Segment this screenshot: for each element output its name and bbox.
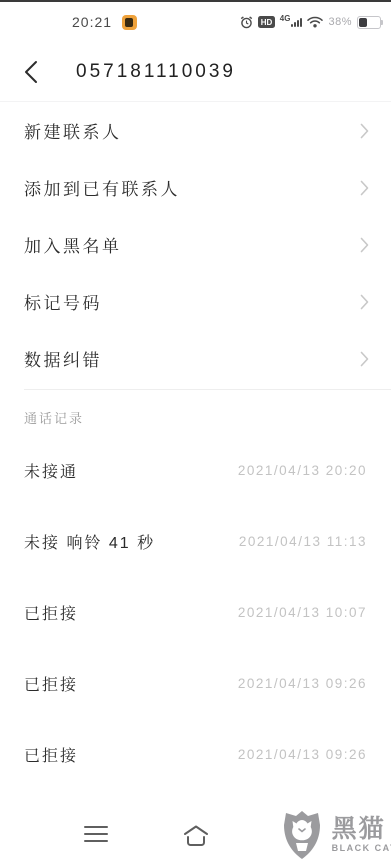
signal-bars-icon [291, 18, 302, 27]
wifi-icon [307, 16, 323, 28]
signal-strength-icon: 4G [280, 18, 303, 27]
home-button[interactable] [182, 825, 210, 852]
action-item-add-to-existing[interactable]: 添加到已有联系人 [0, 159, 391, 216]
call-status: 未接通 [24, 459, 78, 482]
call-status: 已拒接 [24, 672, 78, 695]
call-log-section: 通话记录 未接通 2021/04/13 20:20 未接 响铃 41 秒 202… [0, 390, 391, 790]
chevron-right-icon [360, 351, 369, 367]
phone-screen: 20:21 HD 4G 38% [0, 0, 391, 865]
action-list: 新建联系人 添加到已有联系人 加入黑名单 标记号码 数据纠错 [0, 102, 391, 387]
call-log-row[interactable]: 已拒接 2021/04/13 09:26 [0, 719, 391, 790]
chevron-right-icon [360, 237, 369, 253]
call-log-row[interactable]: 未接通 2021/04/13 20:20 [0, 435, 391, 506]
action-label: 新建联系人 [24, 118, 122, 143]
call-timestamp: 2021/04/13 09:26 [238, 676, 367, 691]
page-header: 057181110039 [0, 42, 391, 102]
back-chevron-icon [24, 60, 38, 84]
call-log-row[interactable]: 未接 响铃 41 秒 2021/04/13 11:13 [0, 506, 391, 577]
menu-button[interactable] [84, 825, 108, 848]
action-item-data-correction[interactable]: 数据纠错 [0, 330, 391, 387]
notification-app-icon [122, 15, 137, 30]
action-label: 标记号码 [24, 289, 102, 314]
call-timestamp: 2021/04/13 09:26 [238, 747, 367, 762]
home-icon [182, 825, 210, 847]
chevron-right-icon [360, 123, 369, 139]
action-label: 数据纠错 [24, 346, 102, 371]
hd-volte-icon: HD [258, 16, 275, 28]
call-status: 已拒接 [24, 601, 78, 624]
clock-time: 20:21 [72, 14, 112, 30]
action-item-blacklist[interactable]: 加入黑名单 [0, 216, 391, 273]
battery-icon [357, 16, 381, 29]
phone-number-title: 057181110039 [76, 61, 236, 83]
battery-fill [359, 18, 367, 27]
svg-text:HD: HD [261, 18, 273, 27]
network-type-label: 4G [280, 14, 291, 23]
action-item-mark-number[interactable]: 标记号码 [0, 273, 391, 330]
chevron-right-icon [360, 180, 369, 196]
call-log-section-title: 通话记录 [0, 390, 391, 435]
back-button[interactable] [24, 59, 50, 85]
bottom-nav-bar [0, 807, 391, 865]
chevron-right-icon [360, 294, 369, 310]
battery-percent-label: 38% [328, 16, 352, 28]
call-timestamp: 2021/04/13 10:07 [238, 605, 367, 620]
action-label: 加入黑名单 [24, 232, 122, 257]
call-timestamp: 2021/04/13 20:20 [238, 463, 367, 478]
call-log-row[interactable]: 已拒接 2021/04/13 09:26 [0, 648, 391, 719]
call-timestamp: 2021/04/13 11:13 [239, 534, 367, 549]
call-status: 未接 响铃 41 秒 [24, 530, 155, 553]
call-status: 已拒接 [24, 743, 78, 766]
call-log-row[interactable]: 已拒接 2021/04/13 10:07 [0, 577, 391, 648]
alarm-clock-icon [240, 16, 253, 29]
action-label: 添加到已有联系人 [24, 175, 180, 200]
action-item-new-contact[interactable]: 新建联系人 [0, 102, 391, 159]
status-bar: 20:21 HD 4G 38% [0, 2, 391, 42]
status-icons: HD 4G 38% [240, 16, 381, 29]
menu-icon [84, 825, 108, 843]
